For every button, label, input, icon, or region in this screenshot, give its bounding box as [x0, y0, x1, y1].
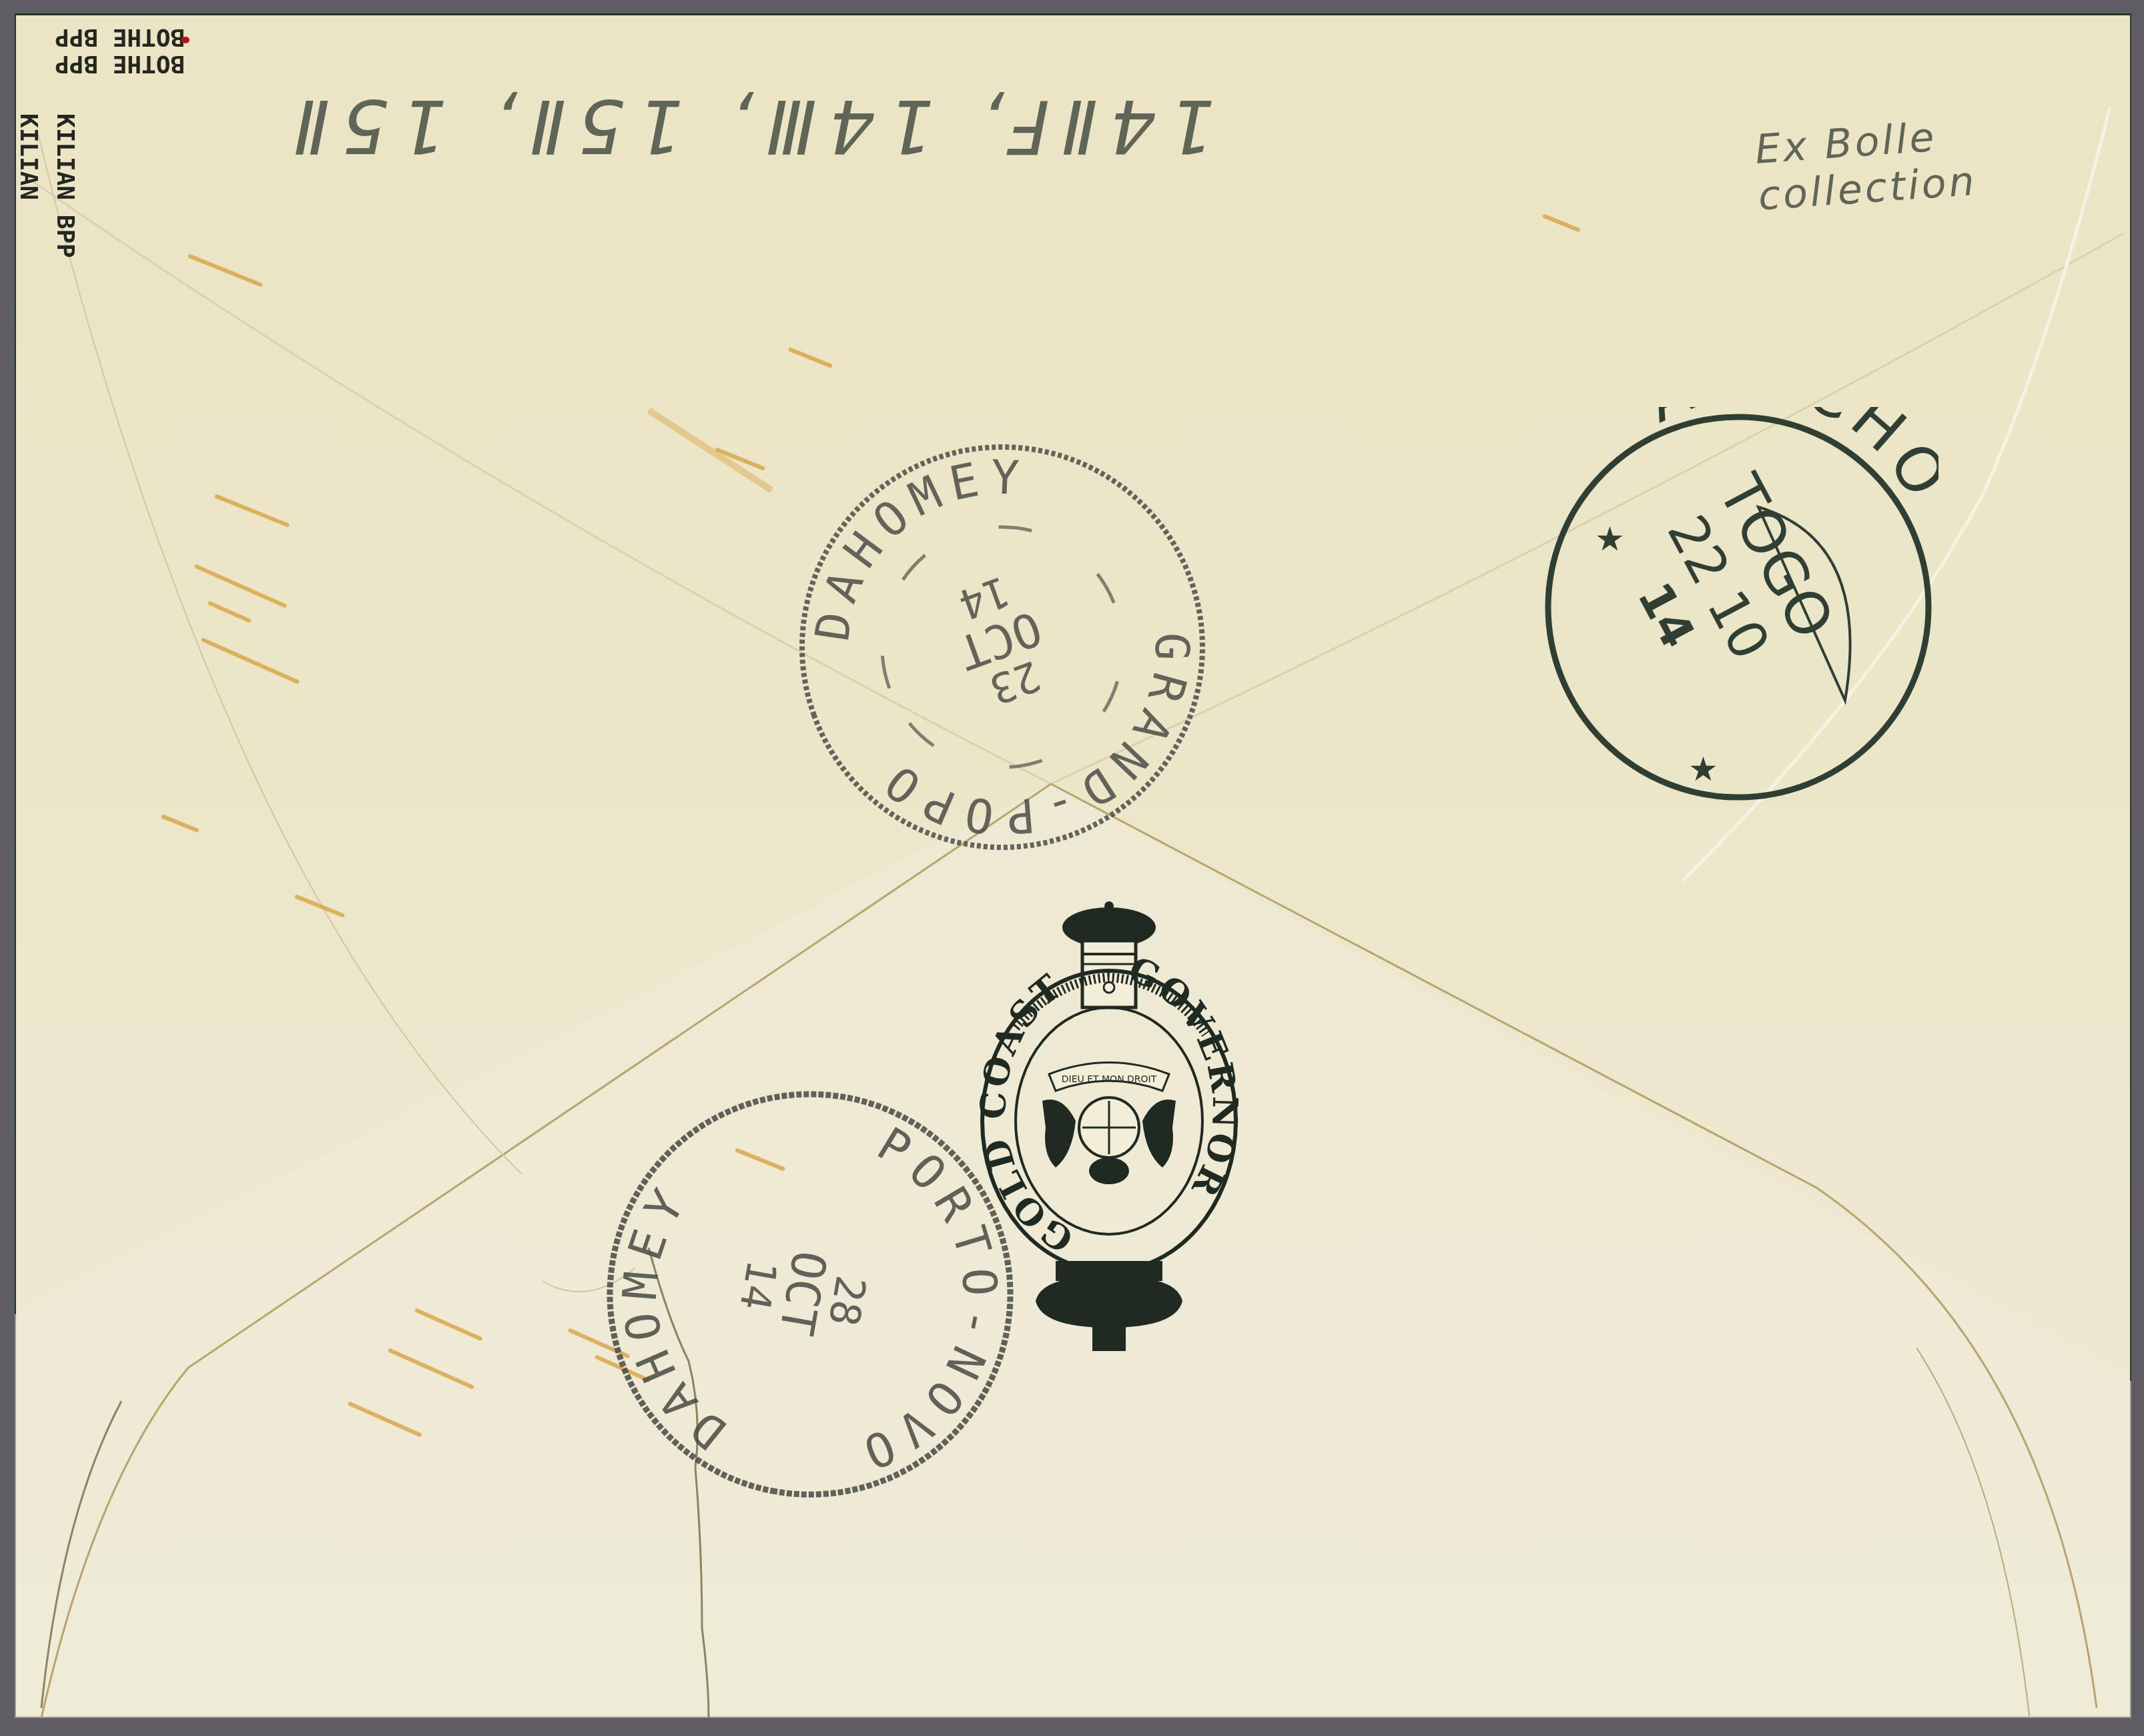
badge-pendant-icon — [1036, 1261, 1182, 1351]
postmark-grand-popo-dahomey: GRAND-POPO DAHOMEY 23 OCT 14 — [789, 434, 1216, 861]
expert-mark-bothe-1: BOTHE BPP — [55, 23, 185, 50]
pencil-catalogue-numbers: 14ⅡF, 14Ⅲ, 15Ⅱ, 15Ⅱ — [282, 83, 1215, 169]
red-ink-dot — [182, 37, 190, 43]
expert-mark-kilian-1: KILIAN BPP — [51, 113, 78, 258]
postmark-porto-novo-year: 14 — [730, 1256, 787, 1314]
envelope-back: 14ⅡF, 14Ⅲ, 15Ⅱ, 15Ⅱ Ex Bolle collection … — [15, 13, 2131, 1718]
star-icon: ★ — [1595, 520, 1625, 558]
seal-motto: DIEU ET MON DROIT — [1062, 1074, 1157, 1085]
royal-coat-of-arms-icon: DIEU ET MON DROIT — [1042, 1063, 1176, 1185]
postmark-porto-novo-dahomey: PORTO-NOVO DAHOMEY 28 OCT 14 — [597, 1081, 1024, 1508]
star-icon: ★ — [1688, 750, 1718, 789]
postmark-porto-novo-region: DAHOMEY — [597, 1169, 775, 1464]
postmark-anecho-togo: ANECHO TOGO 22 10 14 ★ ★ — [1538, 407, 1938, 807]
expert-mark-bothe-2: BOTHE BPP — [55, 50, 185, 77]
envelope-flap-lines — [15, 13, 2131, 1718]
governor-gold-coast-seal: GOVERNOR GOLD COAST DIEU ET MON DROIT — [976, 901, 1242, 1354]
expert-mark-kilian-2: KILIAN — [15, 113, 41, 200]
svg-text:DAHOMEY: DAHOMEY — [597, 1169, 775, 1464]
